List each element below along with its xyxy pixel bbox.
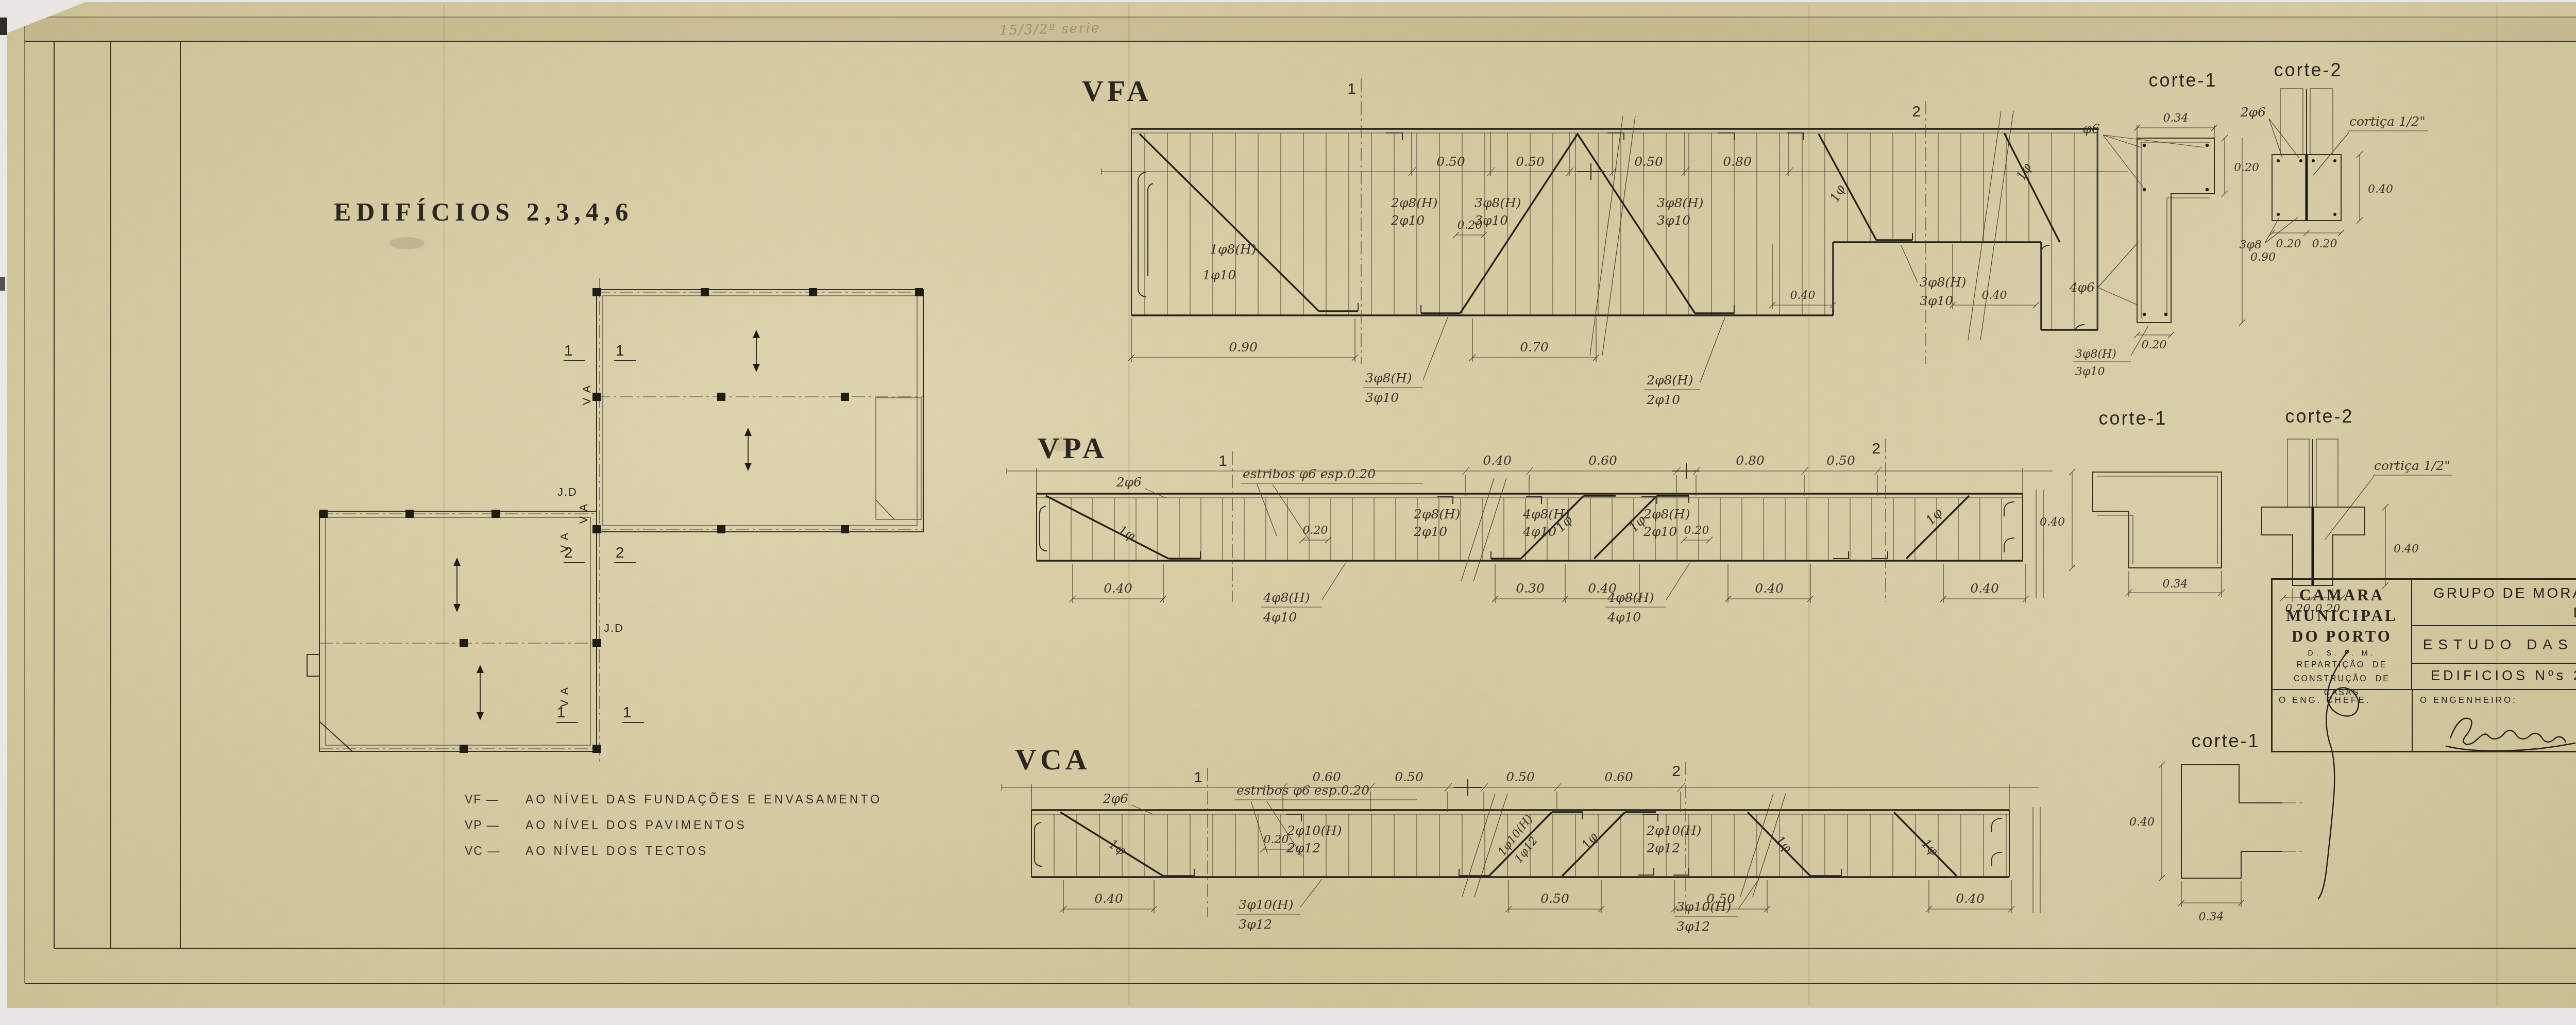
study-title-cell: ESTUDO DAS JUNÇÕES DOS: [2412, 626, 2576, 664]
bar-note: 2φ10: [1643, 524, 1677, 539]
pencil-annotation: 15/3/2ª serie: [999, 20, 1100, 38]
bar-note: φ6: [2083, 121, 2100, 136]
beam-label-vpa: VPA: [1038, 431, 1108, 465]
corte-label: corte-1: [2191, 730, 2260, 751]
signature-row: O ENG. CHEFE. O ENGENHEIRO: O DESENHADOR…: [2273, 689, 2576, 751]
dim-label: 0.34: [2163, 112, 2189, 125]
legend: VF —AO NÍVEL DAS FUNDAÇÕES E ENVASAMENTO…: [465, 793, 882, 870]
bar-note: 3φ10: [1657, 213, 1690, 228]
dim-label: 0.60: [1588, 453, 1617, 468]
org-name: MUNICIPAL: [2273, 606, 2411, 626]
org-division: REPARTIÇÃO DE: [2273, 659, 2411, 671]
legend-code: VP —: [465, 818, 526, 832]
study-title: ESTUDO DAS JUNÇÕES DOS: [2423, 636, 2576, 653]
bar-note: 1φ8(H): [1210, 242, 1257, 257]
bar-note: cortiça 1/2": [2349, 114, 2426, 129]
engineer-label: O ENGENHEIRO:: [2420, 695, 2517, 705]
bar-note: 2φ8(H): [1643, 507, 1690, 522]
bar-note: 4φ10: [1522, 524, 1556, 539]
bar-note: 1φ10: [1202, 267, 1236, 282]
dim-label: 0.90: [2250, 251, 2276, 264]
dim-label: 0.60: [1312, 769, 1341, 784]
dim-label: 0.20: [2234, 161, 2259, 174]
joint-label: J.D: [557, 485, 578, 498]
dim-label: 0.50: [1395, 769, 1423, 784]
dim-label: 0.50: [1540, 891, 1569, 906]
dim-label: 0.60: [1604, 769, 1633, 784]
section-marker: 1: [1347, 80, 1357, 97]
section-marker: 1: [1218, 452, 1228, 469]
dim-label: 0.20: [1264, 833, 1289, 846]
dim-label: 0.20: [1684, 524, 1709, 537]
legend-row: VC —AO NÍVEL DOS TECTOS: [465, 844, 882, 870]
project-subtitle: DA CORUJEIRA.: [2412, 604, 2576, 621]
dim-label: 0.20: [1303, 524, 1328, 537]
chief-engineer-cell: O ENG. CHEFE.: [2273, 690, 2413, 751]
project-title-cell: GRUPO DE MORADIAS POPULARES DA CORUJEIRA…: [2412, 580, 2576, 626]
bar-note: 3φ10: [2075, 365, 2105, 378]
floor-plan: 1 1 2 2 1 1 V A V A V A V A J.D J.D: [307, 278, 923, 762]
vpa-corte-1: corte-1 0.40 0.34: [2040, 408, 2225, 597]
bar-note: 2φ8(H): [1646, 373, 1693, 388]
org-name: DO PORTO: [2273, 626, 2411, 647]
legend-text: AO NÍVEL DOS PAVIMENTOS: [526, 818, 747, 832]
dim-label: 0.50: [1506, 769, 1535, 784]
stirrup-note: estribos φ6 esp.0.20: [1243, 466, 1376, 481]
dim-label: 0.34: [2163, 578, 2188, 591]
drawing-linework: 1 1 2 2 1 1 V A V A V A V A J.D J.D: [0, 0, 2576, 1025]
title-block: CAMARA MUNICIPAL DO PORTO D. S. P. M. RE…: [2271, 578, 2576, 752]
bar-note: 4φ10: [1263, 610, 1297, 625]
section-marker: 2: [616, 544, 625, 561]
dim-label: 0.50: [1516, 154, 1545, 169]
dim-label: 0.20: [2312, 238, 2337, 250]
bar-note: 3φ10(H): [1239, 897, 1294, 912]
bar-note: 3φ8(H): [1365, 371, 1412, 385]
dim-label: 0.40: [2040, 516, 2065, 529]
section-marker: 1: [623, 704, 633, 721]
bar-note: 2φ10(H): [1286, 823, 1342, 838]
vpa-elevation: 1 2 2φ6 estribos φ6 esp.0.20 0.40 0.60 0…: [1007, 439, 2053, 625]
corte-label: corte-1: [2098, 408, 2167, 429]
org-name: CAMARA: [2273, 585, 2411, 606]
bar-note: 3φ10: [1365, 390, 1399, 405]
dim-label: 0.80: [1723, 154, 1752, 169]
organization-cell: CAMARA MUNICIPAL DO PORTO D. S. P. M. RE…: [2273, 580, 2412, 689]
dim-label: 0.50: [1826, 453, 1855, 468]
scanned-drawing-sheet: 1 1 2 2 1 1 V A V A V A V A J.D J.D: [0, 0, 2576, 1025]
dim-label: 0.34: [2199, 911, 2224, 923]
bar-note: 2φ10: [1391, 213, 1425, 228]
plan-span-arrows: [453, 330, 760, 720]
bar-note: 2φ8(H): [1413, 507, 1461, 522]
vca-corte-1: corte-1 0.40 0.34: [2129, 730, 2304, 923]
bar-note: 2φ8(H): [1391, 195, 1438, 210]
org-dept: D. S. P. M.: [2273, 649, 2411, 657]
bar-note: 3φ10: [1475, 213, 1508, 228]
bar-note: 4φ6: [2069, 280, 2095, 295]
bar-note: 3φ12: [1239, 917, 1272, 932]
section-marker: 2: [1872, 440, 1882, 457]
bar-note: cortiça 1/2": [2374, 458, 2450, 473]
legend-row: VP —AO NÍVEL DOS PAVIMENTOS: [465, 818, 882, 844]
beam-tag: V A: [558, 686, 571, 707]
bar-note: 4φ10: [1607, 610, 1641, 625]
section-marker: 2: [1912, 103, 1922, 120]
dim-label: 0.80: [1736, 453, 1765, 468]
beam-tag: V A: [580, 384, 593, 405]
dim-label: 0.40: [2368, 183, 2393, 196]
beam-label-vca: VCA: [1015, 742, 1091, 777]
beam-label-vfa: VFA: [1082, 74, 1152, 108]
dim-label: 0.40: [1588, 581, 1617, 596]
bar-note: 3φ8: [2240, 239, 2262, 251]
bar-note: 3φ8(H): [1920, 275, 1967, 290]
bar-note: 4φ8(H): [1263, 590, 1310, 605]
buildings-cell: EDIFICIOS Nºs 2 3 4 e 6: [2412, 664, 2576, 688]
section-marker: 2: [1672, 763, 1682, 780]
dim-label: 0.50: [1706, 891, 1735, 906]
dim-label: 0.40: [1982, 289, 2007, 302]
bar-note: 2φ10: [1646, 392, 1680, 407]
bar-note: 2φ12: [1646, 841, 1680, 855]
dim-label: 0.40: [1970, 581, 1999, 596]
beam-tag: V A: [558, 532, 571, 552]
beam-tag: V A: [577, 503, 590, 524]
vfa-corte-2: corte-2 2φ6 cortiça 1/2" 0.40 3φ8 0.20 0…: [2240, 59, 2428, 251]
joint-label: J.D: [604, 621, 624, 634]
section-marker: 1: [616, 342, 625, 359]
section-marker: 1: [1194, 769, 1204, 786]
dim-label: 0.40: [1790, 289, 1816, 302]
drawing-title: EDIFÍCIOS 2,3,4,6: [334, 197, 633, 227]
dim-label: 0.20: [2142, 339, 2167, 351]
dim-label: 0.30: [1516, 581, 1545, 596]
chief-engineer-label: O ENG. CHEFE.: [2279, 695, 2371, 705]
legend-code: VF —: [465, 793, 526, 806]
dim-label: 0.20: [2276, 238, 2301, 250]
title-block-top: CAMARA MUNICIPAL DO PORTO D. S. P. M. RE…: [2273, 580, 2576, 689]
corte-label: corte-1: [2148, 70, 2217, 91]
bar-note: 2φ10(H): [1646, 823, 1702, 838]
dim-label: 0.40: [1755, 581, 1784, 596]
bar-note: 3φ8(H): [1475, 195, 1521, 210]
dim-label: 0.50: [1436, 154, 1465, 169]
bar-note: 2φ10: [1413, 524, 1447, 539]
bar-note: 2φ6: [2240, 105, 2266, 120]
section-marker: 1: [564, 342, 574, 359]
project-title: GRUPO DE MORADIAS POPULARES: [2412, 585, 2576, 601]
corte-label: corte-2: [2285, 406, 2353, 427]
dim-label: 0.40: [1483, 453, 1512, 468]
bar-note: 2φ6: [1103, 791, 1128, 806]
dim-label: 0.50: [1634, 154, 1663, 169]
buildings-label: EDIFICIOS Nºs 2 3 4 e 6: [2431, 668, 2576, 684]
stirrup-note: estribos φ6 esp.0.20: [1236, 783, 1369, 798]
legend-text: AO NÍVEL DOS TECTOS: [526, 844, 708, 858]
org-division: CONSTRUÇÃO DE: [2273, 673, 2411, 685]
bar-note: 3φ12: [1676, 919, 1710, 934]
legend-row: VF —AO NÍVEL DAS FUNDAÇÕES E ENVASAMENTO: [465, 793, 882, 818]
bar-note: 2φ12: [1286, 841, 1320, 855]
bar-note: 3φ10: [1920, 293, 1953, 308]
vfa-elevation: 1 2 0.50 0.50 0.50 0.80 0.20 0.40 0.40 0…: [1101, 78, 2128, 407]
dim-label: 0.40: [1956, 891, 1985, 906]
bar-note: 3φ8(H): [2075, 348, 2116, 361]
dim-label: 0.40: [2129, 816, 2155, 829]
dim-label: 0.70: [1520, 340, 1549, 355]
corte-label: corte-2: [2274, 59, 2342, 80]
dim-label: 0.40: [2394, 543, 2419, 556]
dim-label: 0.90: [1229, 340, 1258, 355]
engineer-cell: O ENGENHEIRO:: [2413, 690, 2576, 751]
vca-elevation: 1 2 2φ6 estribos φ6 esp.0.20 0.60 0.50 0…: [1002, 762, 2040, 934]
legend-code: VC —: [465, 844, 526, 858]
project-cells: GRUPO DE MORADIAS POPULARES DA CORUJEIRA…: [2412, 580, 2576, 689]
bar-note: 2φ6: [1116, 475, 1142, 490]
dim-label: 0.40: [1094, 891, 1123, 906]
dim-label: 0.40: [1104, 581, 1132, 596]
bar-note: 3φ8(H): [1657, 195, 1704, 210]
legend-text: AO NÍVEL DAS FUNDAÇÕES E ENVASAMENTO: [526, 793, 882, 806]
